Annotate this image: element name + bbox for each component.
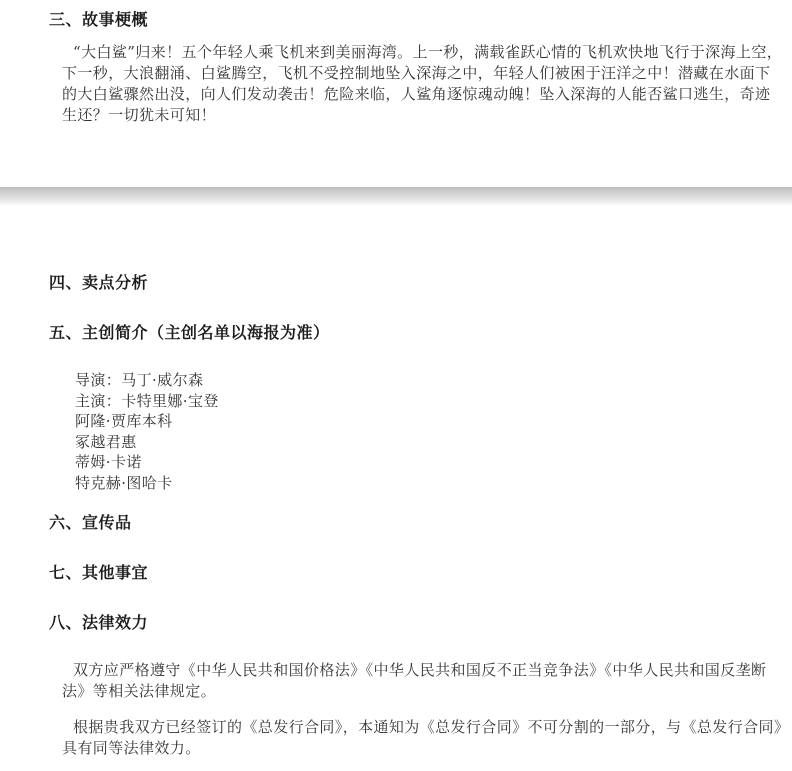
cast-list-item: 蒂姆·卡诺 (75, 452, 219, 473)
legal-line: 法》等相关法律规定。 (62, 681, 766, 702)
cast-list-item: 阿隆·贾库本科 (75, 411, 219, 432)
legal-paragraph-laws: 双方应严格遵守《中华人民共和国价格法》《中华人民共和国反不正当竞争法》《中华人民… (62, 660, 766, 702)
story-line: “大白鲨”归来！五个年轻人乘飞机来到美丽海湾。上一秒，满载雀跃心情的飞机欢快地飞… (62, 42, 782, 63)
section-heading-story-synopsis: 三、故事梗概 (49, 10, 148, 30)
section-heading-promo-materials: 六、宣传品 (49, 513, 132, 533)
legal-line: 双方应严格遵守《中华人民共和国价格法》《中华人民共和国反不正当竞争法》《中华人民… (62, 660, 766, 681)
legal-line: 根据贵我双方已经签订的《总发行合同》，本通知为《总发行合同》不可分割的一部分，与… (62, 717, 789, 738)
cast-list-item: 冢越君惠 (75, 432, 219, 453)
legal-paragraph-contract: 根据贵我双方已经签订的《总发行合同》，本通知为《总发行合同》不可分割的一部分，与… (62, 717, 789, 759)
section-heading-legal-effect: 八、法律效力 (49, 613, 148, 633)
document-viewer: 三、故事梗概 “大白鲨”归来！五个年轻人乘飞机来到美丽海湾。上一秒，满载雀跃心情… (0, 0, 792, 771)
cast-list-item: 特克赫·图哈卡 (75, 473, 219, 494)
section-heading-other-matters: 七、其他事宜 (49, 563, 148, 583)
legal-line: 具有同等法律效力。 (62, 738, 789, 759)
cast-list: 导演：马丁·威尔森 主演：卡特里娜·宝登 阿隆·贾库本科 冢越君惠 蒂姆·卡诺 … (75, 370, 219, 493)
cast-list-item: 主演：卡特里娜·宝登 (75, 391, 219, 412)
page-break-gap (0, 187, 792, 206)
cast-list-item: 导演：马丁·威尔森 (75, 370, 219, 391)
story-line: 的大白鲨骤然出没，向人们发动袭击！危险来临，人鲨角逐惊魂动魄！坠入深海的人能否鲨… (62, 84, 782, 105)
section-heading-cast: 五、主创简介（主创名单以海报为准） (49, 323, 330, 343)
story-line: 下一秒，大浪翻涌、白鲨腾空，飞机不受控制地坠入深海之中，年轻人们被困于汪洋之中！… (62, 63, 782, 84)
section-heading-selling-points: 四、卖点分析 (49, 273, 148, 293)
story-synopsis-paragraph: “大白鲨”归来！五个年轻人乘飞机来到美丽海湾。上一秒，满载雀跃心情的飞机欢快地飞… (62, 42, 782, 126)
story-line: 生还？一切犹未可知！ (62, 105, 782, 126)
